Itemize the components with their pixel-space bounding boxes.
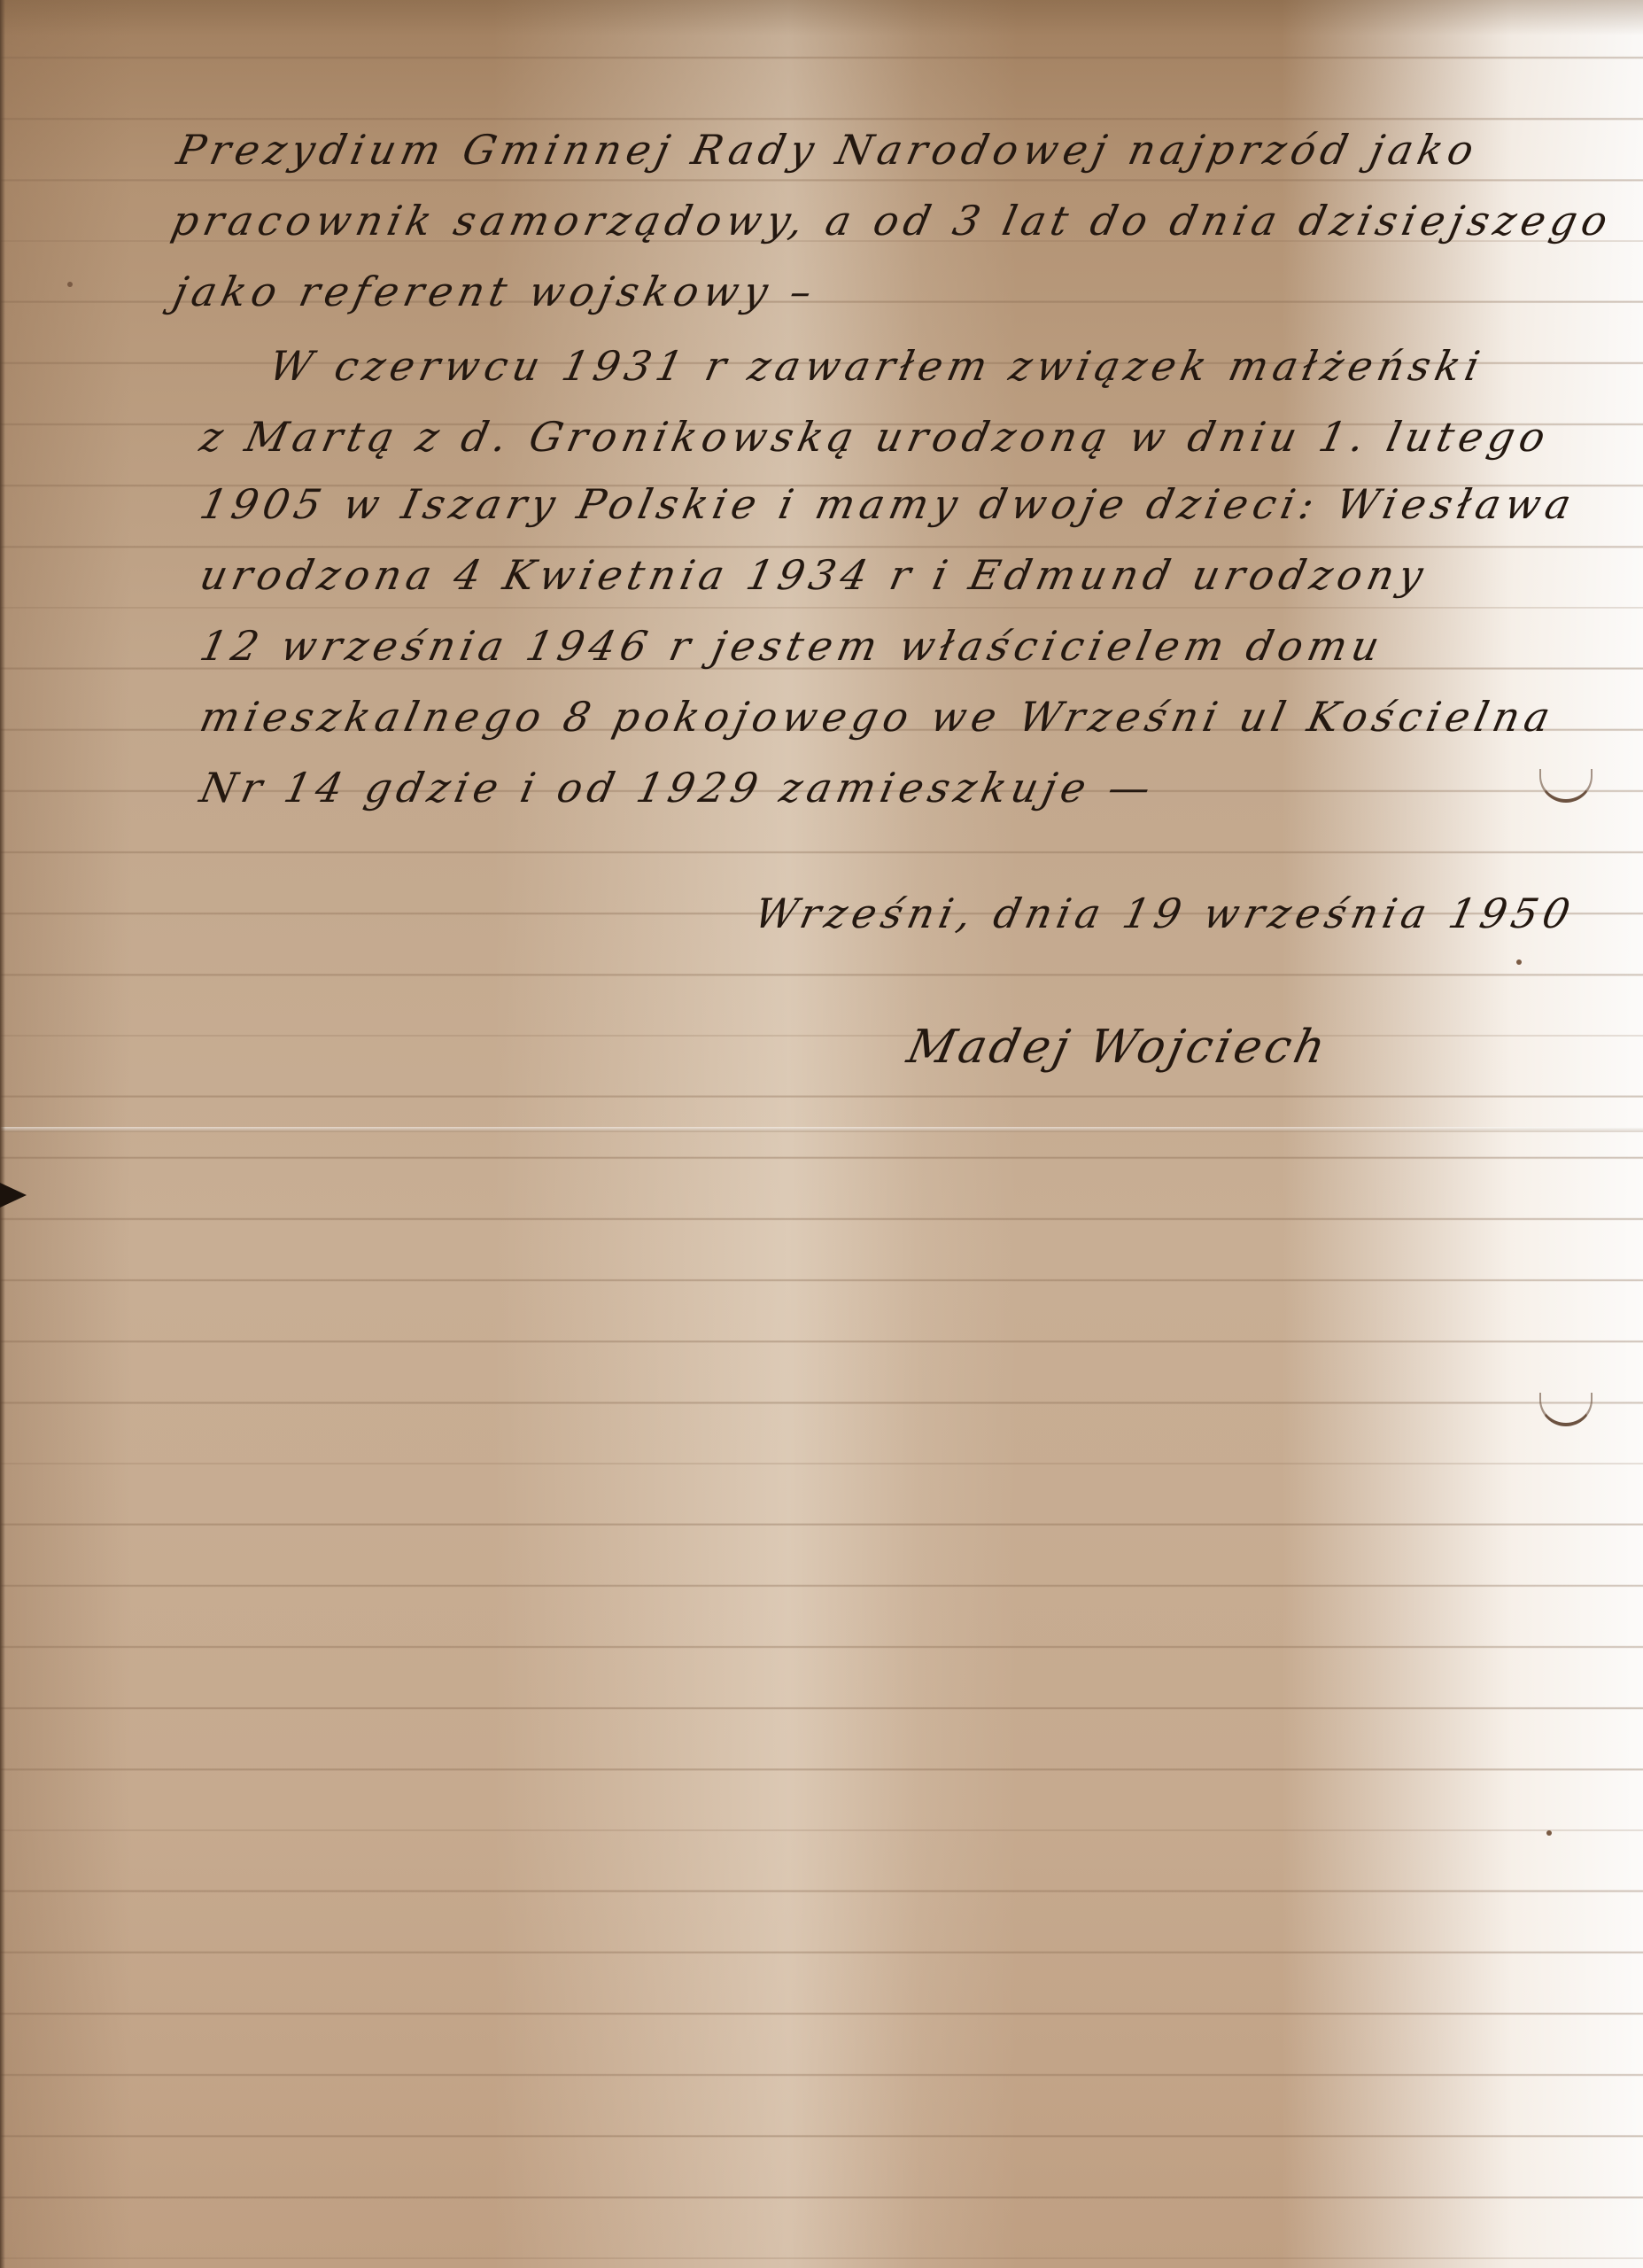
body-line-3: jako referent wojskowy – <box>170 271 821 312</box>
body-line-8: 12 września 1946 r jestem właścicielem d… <box>197 625 1388 666</box>
handwritten-letter: Prezydium Gminnej Rady Narodowej najprzó… <box>0 0 1643 2268</box>
signature: Madej Wojciech <box>903 1024 1333 1070</box>
body-line-4: W czerwcu 1931 r zawarłem związek małżeń… <box>266 346 1488 386</box>
body-line-5: z Martą z d. Gronikowską urodzoną w dniu… <box>197 416 1554 457</box>
body-line-2: pracownik samorządowy, a od 3 lat do dni… <box>168 200 1616 241</box>
body-line-7: urodzona 4 Kwietnia 1934 r i Edmund urod… <box>197 555 1431 595</box>
body-line-1: Prezydium Gminnej Rady Narodowej najprzó… <box>174 129 1483 170</box>
body-line-10: Nr 14 gdzie i od 1929 zamieszkuje — <box>197 767 1159 808</box>
body-line-9: mieszkalnego 8 pokojowego we Wrześni ul … <box>197 696 1559 737</box>
body-line-6: 1905 w Iszary Polskie i mamy dwoje dziec… <box>197 484 1580 524</box>
place-date-line: Wrześni, dnia 19 września 1950 <box>751 893 1578 934</box>
